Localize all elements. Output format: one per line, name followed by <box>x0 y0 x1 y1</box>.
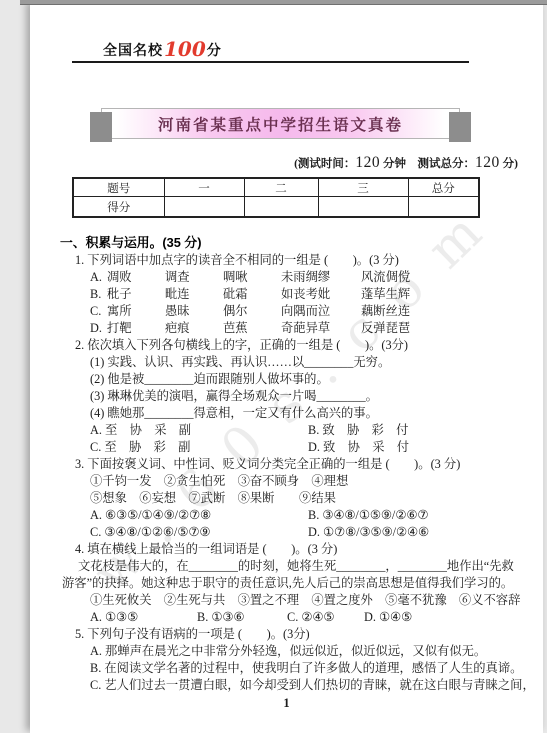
word: 未雨绸缪 <box>281 269 361 286</box>
score-table-score-row: 得分 <box>73 197 479 218</box>
brand-unit: 分 <box>207 42 222 58</box>
q3-option-c: C. ③④⑧/①②⑥/⑤⑦⑨ <box>90 524 308 541</box>
q4-option-c: C. ②④⑤ <box>287 609 364 626</box>
q3-word-group-1: ①千钧一发 ②贪生怕死 ③奋不顾身 ④理想 <box>90 473 543 490</box>
word: 凋败 <box>107 269 165 286</box>
q3-options-row-1: A. ⑥③⑤/①④⑨/②⑦⑧B. ③④⑧/①⑤⑨/②⑥⑦ <box>90 507 543 524</box>
q2-options-row-2: C. 至 胁 彩 副D. 致 协 采 付 <box>90 439 543 456</box>
q3-option-b: B. ③④⑧/①⑤⑨/②⑥⑦ <box>308 507 428 524</box>
word: 调查 <box>165 269 223 286</box>
word: 奇葩异草 <box>281 320 361 337</box>
q1-option-c: C.寓所愚昧偶尔向隅而泣藕断丝连 <box>90 303 543 320</box>
q5-option-c: C. 艺人们过去一贯遭白眼，如今却受到人们热切的青睐，就在这白眼与青睐之间， <box>90 677 543 694</box>
meta-total-label: 测试总分： <box>418 158 476 170</box>
q2-option-b: B. 致 胁 彩 付 <box>308 422 408 439</box>
word: 打靶 <box>107 320 165 337</box>
q2-stem: 2. 依次填入下列各句横线上的字，正确的一组是 ( )。(3分) <box>75 337 543 354</box>
q5-option-a: A. 那蝉声在晨光之中非常分外轻逸，似远似近，似近似远，又似有似无。 <box>90 643 543 660</box>
word: 芭蕉 <box>223 320 281 337</box>
word: 愚昧 <box>165 303 223 320</box>
q3-option-a: A. ⑥③⑤/①④⑨/②⑦⑧ <box>90 507 308 524</box>
q5-option-b: B. 在阅读文学名著的过程中，使我明白了许多做人的道理，感悟了人生的真谛。 <box>90 660 543 677</box>
score-table-header-cell: 一 <box>164 178 244 197</box>
q2-option-d: D. 致 协 采 付 <box>308 439 409 456</box>
score-cell-empty <box>244 197 318 218</box>
q2-option-a: A. 至 协 采 副 <box>90 422 308 439</box>
q4-paragraph-line-1: 文花枝是伟大的，在________的时刻，她将生死________，______… <box>78 558 543 575</box>
meta-time-value: 120 <box>355 154 380 171</box>
word: 如丧考妣 <box>281 286 361 303</box>
meta-sep <box>406 158 418 170</box>
q2-item-2: (2) 他是被________迫而跟随别人做坏事的。 <box>90 371 543 388</box>
option-label: C. <box>90 303 107 320</box>
page-content: 全国名校100分 河南省某重点中学招生语文真卷 (测试时间：120 分钟 测试总… <box>30 0 543 694</box>
q4-option-b: B. ①③⑥ <box>197 609 287 626</box>
option-label: D. <box>90 320 107 337</box>
word: 蓬荜生辉 <box>361 286 410 303</box>
title-banner: 河南省某重点中学招生语文真卷 <box>90 108 471 142</box>
word: 秕子 <box>107 286 165 303</box>
q1-option-d: D.打靶疤痕芭蕉奇葩异草反弹琵琶 <box>90 320 543 337</box>
word: 砒霜 <box>223 286 281 303</box>
word: 偶尔 <box>223 303 281 320</box>
banner-right-cap <box>449 112 471 142</box>
score-table-header-cell: 二 <box>244 178 318 197</box>
word: 寓所 <box>107 303 165 320</box>
meta-total-value: 120 <box>475 154 500 171</box>
score-table-header-cell: 三 <box>318 178 408 197</box>
q4-stem: 4. 填在横线上最恰当的一组词语是 ( )。(3 分) <box>75 541 543 558</box>
exam-title: 河南省某重点中学招生语文真卷 <box>158 113 403 135</box>
page-top-edge <box>20 0 547 5</box>
word: 反弹琵琶 <box>361 320 410 337</box>
q4-option-a: A. ①③⑤ <box>90 609 197 626</box>
banner-left-cap <box>90 112 112 142</box>
score-table-header-row: 题号 一 二 三 总分 <box>73 178 479 197</box>
score-table: 题号 一 二 三 总分 得分 <box>72 177 480 218</box>
word: 啁啾 <box>223 269 281 286</box>
q3-option-d: D. ①⑦⑧/③⑤⑨/②④⑥ <box>308 524 429 541</box>
q1-stem: 1. 下列词语中加点字的读音全不相同的一组是 ( )。(3 分) <box>75 252 543 269</box>
score-table-header-cell: 题号 <box>73 178 164 197</box>
score-cell-empty <box>318 197 408 218</box>
meta-time-unit: 分钟 <box>380 158 406 170</box>
brand-score: 100 <box>164 37 206 61</box>
word: 藕断丝连 <box>361 303 410 320</box>
section-one-heading: 一、积累与运用。(35 分) <box>60 234 543 252</box>
brand-header: 全国名校100分 <box>30 0 543 60</box>
q2-options-row-1: A. 至 协 采 副B. 致 胁 彩 付 <box>90 422 543 439</box>
q3-word-group-2: ⑤想象 ⑥妄想 ⑦武断 ⑧果断 ⑨结果 <box>90 490 543 507</box>
score-cell-empty <box>164 197 244 218</box>
word: 风流倜傥 <box>361 269 410 286</box>
q4-options-row: A. ①③⑤B. ①③⑥C. ②④⑤D. ①④⑤ <box>90 609 543 626</box>
q5-stem: 5. 下列句子没有语病的一项是 ( )。(3分) <box>75 626 543 643</box>
q4-word-group: ①生死攸关 ②生死与共 ③置之不理 ④置之度外 ⑤毫不犹豫 ⑥义不容辞 <box>90 592 543 609</box>
question-2: 2. 依次填入下列各句横线上的字，正确的一组是 ( )。(3分) (1) 实践、… <box>30 337 543 456</box>
q1-option-a: A.凋败调查啁啾未雨绸缪风流倜傥 <box>90 269 543 286</box>
q3-stem: 3. 下面按褒义词、中性词、贬义词分类完全正确的一组是 ( )。(3 分) <box>75 456 543 473</box>
q4-option-d: D. ①④⑤ <box>364 609 412 626</box>
q1-option-b: B.秕子毗连砒霜如丧考妣蓬荜生辉 <box>90 286 543 303</box>
q2-option-c: C. 至 胁 彩 副 <box>90 439 308 456</box>
score-table-header-cell: 总分 <box>408 178 479 197</box>
exam-page: w.60s.com 全国名校100分 河南省某重点中学招生语文真卷 (测试时间：… <box>30 0 543 733</box>
word: 向隅而泣 <box>281 303 361 320</box>
brand-name: 全国名校 <box>103 42 163 58</box>
word: 毗连 <box>165 286 223 303</box>
q2-item-3: (3) 琳琳优美的演唱，赢得全场观众一片喝________。 <box>90 388 543 405</box>
page-number: 1 <box>30 696 543 711</box>
exam-meta: (测试时间：120 分钟 测试总分：120 分) <box>30 155 543 172</box>
question-5: 5. 下列句子没有语病的一项是 ( )。(3分) A. 那蝉声在晨光之中非常分外… <box>30 626 543 694</box>
question-1: 1. 下列词语中加点字的读音全不相同的一组是 ( )。(3 分) A.凋败调查啁… <box>30 252 543 337</box>
question-4: 4. 填在横线上最恰当的一组词语是 ( )。(3 分) 文花枝是伟大的，在___… <box>30 541 543 626</box>
meta-time-label: 测试时间： <box>298 158 356 170</box>
q3-options-row-2: C. ③④⑧/①②⑥/⑤⑦⑨D. ①⑦⑧/③⑤⑨/②④⑥ <box>90 524 543 541</box>
title-banner-band: 河南省某重点中学招生语文真卷 <box>101 108 460 139</box>
option-label: A. <box>90 269 107 286</box>
score-row-label: 得分 <box>73 197 164 218</box>
score-cell-empty <box>408 197 479 218</box>
q2-item-4: (4) 瞧她那________得意相，一定又有什么高兴的事。 <box>90 405 543 422</box>
q2-item-1: (1) 实践、认识、再实践、再认识……以________无穷。 <box>90 354 543 371</box>
question-3: 3. 下面按褒义词、中性词、贬义词分类完全正确的一组是 ( )。(3 分) ①千… <box>30 456 543 541</box>
q4-paragraph-line-2: 游客”的抉择。她这种忠于职守的责任意识,先人后己的崇高思想是值得我们学习的。 <box>62 575 543 592</box>
word: 疤痕 <box>165 320 223 337</box>
meta-total-unit: 分) <box>500 158 518 170</box>
option-label: B. <box>90 286 107 303</box>
